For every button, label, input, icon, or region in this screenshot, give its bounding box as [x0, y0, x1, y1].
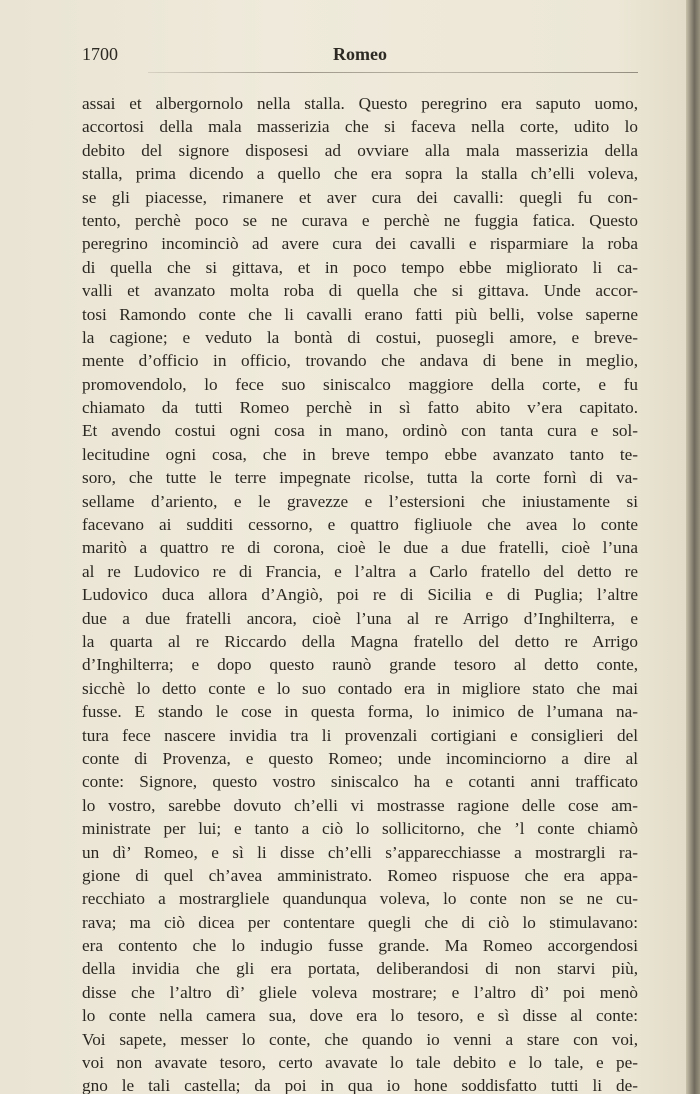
text-line: accortosi della mala masserizia che si f…	[82, 115, 638, 138]
text-line: sicchè lo detto conte e lo suo contado e…	[82, 677, 638, 700]
book-page: 1700 Romeo assai et albergornolo nella s…	[0, 0, 686, 1094]
text-line: al re Ludovico re di Francia, e l’altra …	[82, 560, 638, 583]
text-line: mente d’officio in officio, trovando che…	[82, 349, 638, 372]
text-line: gione di quel ch’avea amministrato. Rome…	[82, 864, 638, 887]
text-line: tosi Ramondo conte che li cavalli erano …	[82, 303, 638, 326]
text-line: disse che l’altro dì’ gliele voleva most…	[82, 981, 638, 1004]
text-line: rava; ma ciò dicea per contentare quegli…	[82, 911, 638, 934]
text-line: la cagione; e veduto la bontà di costui,…	[82, 326, 638, 349]
text-line: Ludovico duca allora d’Angiò, poi re di …	[82, 583, 638, 606]
header-rule	[148, 72, 638, 73]
text-line: d’Inghilterra; e dopo questo raunò grand…	[82, 653, 638, 676]
text-line: di quella che si gittava, et in poco tem…	[82, 256, 638, 279]
text-line: tento, perchè poco se ne curava e perchè…	[82, 209, 638, 232]
text-line: tura fece nascere invidia tra li provenz…	[82, 724, 638, 747]
text-line: Voi sapete, messer lo conte, che quando …	[82, 1028, 638, 1051]
text-line: stalla, prima dicendo a quello che era s…	[82, 162, 638, 185]
text-line: lo conte nella camera sua, dove era lo t…	[82, 1004, 638, 1027]
text-line: fusse. E stando le cose in questa forma,…	[82, 700, 638, 723]
text-line: due a due fratelli ancora, cioè l’una al…	[82, 607, 638, 630]
text-line: lo vostro, sarebbe dovuto ch’elli vi mos…	[82, 794, 638, 817]
text-line: recchiato a mostrargliele quandunqua vol…	[82, 887, 638, 910]
text-line: gno le tali castella; da poi in qua io h…	[82, 1074, 638, 1094]
text-line: sellame d’ariento, e le gravezze e l’est…	[82, 490, 638, 513]
body-text: assai et albergornolo nella stalla. Ques…	[82, 92, 638, 1094]
text-line: valli et avanzato molta roba di quella c…	[82, 279, 638, 302]
text-line: un dì’ Romeo, e sì li disse ch’elli s’ap…	[82, 841, 638, 864]
text-line: era contento che lo indugio fusse grande…	[82, 934, 638, 957]
text-line: debito del signore disposesi ad ovviare …	[82, 139, 638, 162]
running-head: Romeo	[82, 44, 638, 65]
text-line: se gli piacesse, rimanere et aver cura d…	[82, 186, 638, 209]
text-line: chiamato da tutti Romeo perchè in sì fat…	[82, 396, 638, 419]
text-line: conte di Provenza, e questo Romeo; unde …	[82, 747, 638, 770]
text-line: lecitudine ogni cosa, che in breve tempo…	[82, 443, 638, 466]
text-line: conte: Signore, questo vostro siniscalco…	[82, 770, 638, 793]
page-header: 1700 Romeo	[82, 44, 638, 68]
text-line: assai et albergornolo nella stalla. Ques…	[82, 92, 638, 115]
text-line: peregrino incominciò ad avere cura dei c…	[82, 232, 638, 255]
text-line: soro, che tutte le terre impegnate ricol…	[82, 466, 638, 489]
text-line: voi non avavate tesoro, certo avavate lo…	[82, 1051, 638, 1074]
text-line: ministrate per lui; e tanto a ciò lo sol…	[82, 817, 638, 840]
text-line: la quarta al re Riccardo della Magna fra…	[82, 630, 638, 653]
page-binding-edge	[686, 0, 700, 1094]
text-line: Et avendo costui ogni cosa in mano, ordi…	[82, 419, 638, 442]
text-line: maritò a quattro re di corona, cioè le d…	[82, 536, 638, 559]
text-line: della invidia che gli era portata, delib…	[82, 957, 638, 980]
text-line: promovendolo, lo fece suo siniscalco mag…	[82, 373, 638, 396]
text-line: facevano ai sudditi cessorno, e quattro …	[82, 513, 638, 536]
